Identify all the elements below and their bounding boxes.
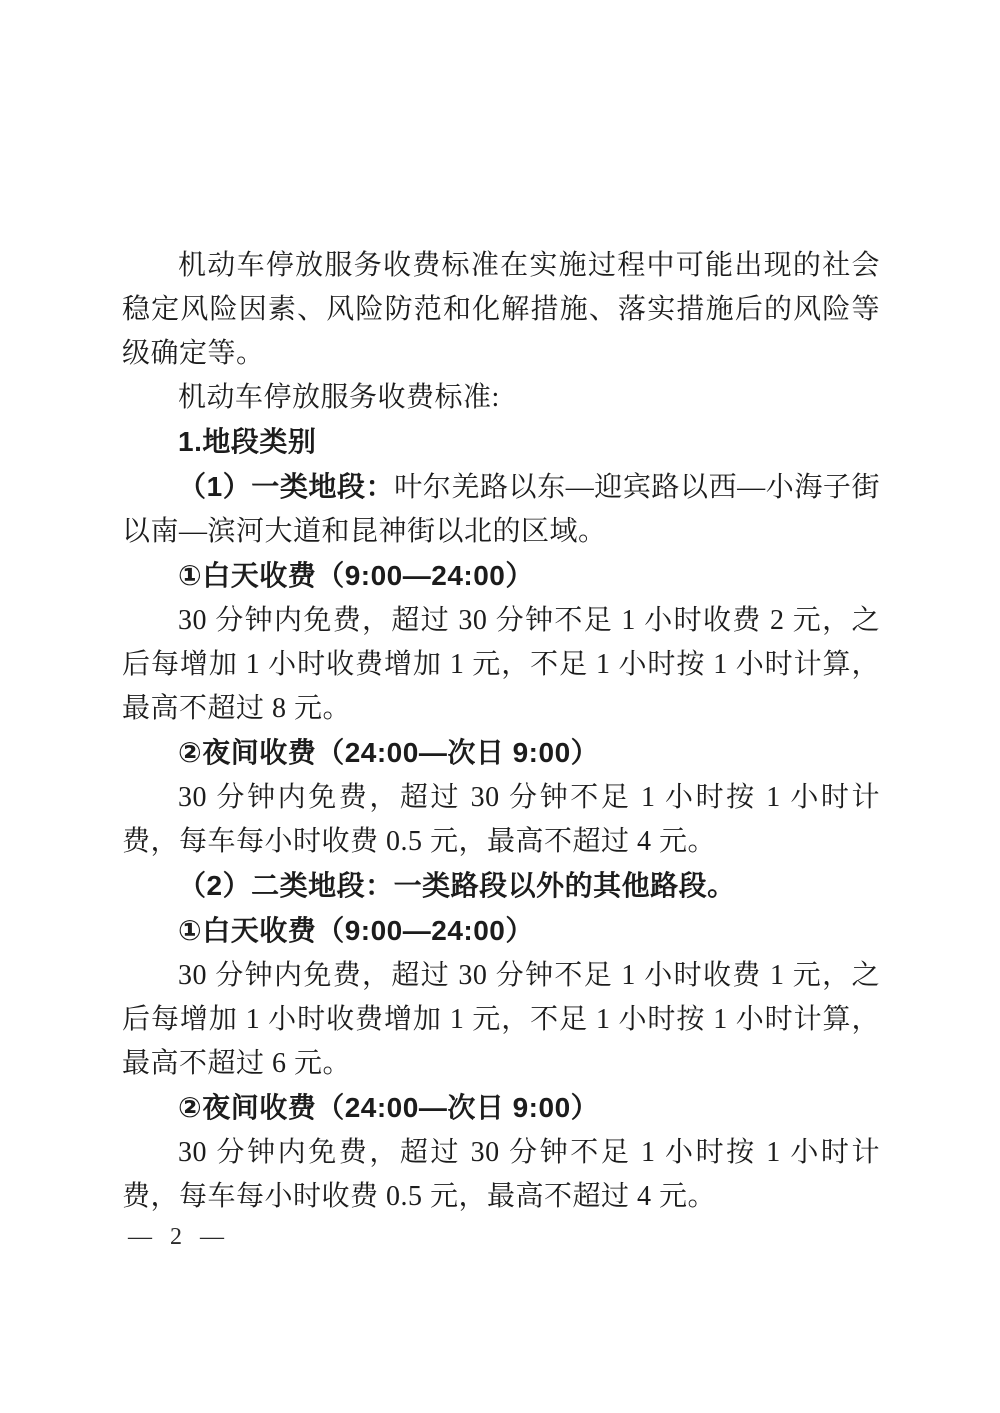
- heading-zone1-daytime: ①白天收费（9:00—24:00）: [122, 554, 880, 599]
- paragraph-zone-2: （2）二类地段：一类路段以外的其他路段。: [122, 864, 880, 909]
- heading-zone2-daytime: ①白天收费（9:00—24:00）: [122, 909, 880, 954]
- paragraph-zone2-daytime-rule: 30 分钟内免费，超过 30 分钟不足 1 小时收费 1 元，之后每增加 1 小…: [122, 954, 880, 1086]
- body-text-segment: 30 分钟内免费，超过 30 分钟不足 1 小时收费 2 元，之后每增加 1 小…: [122, 605, 880, 724]
- bold-text-segment: ①白天收费（9:00—24:00）: [178, 560, 534, 591]
- bold-text-segment: （1）一类地段：: [178, 471, 394, 502]
- body-text-segment: 机动车停放服务收费标准:: [178, 382, 500, 413]
- bold-text-segment: （2）二类地段：一类路段以外的其他路段。: [178, 870, 736, 901]
- body-text-segment: 机动车停放服务收费标准在实施过程中可能出现的社会稳定风险因素、风险防范和化解措施…: [122, 250, 880, 369]
- heading-zone2-night: ②夜间收费（24:00—次日 9:00）: [122, 1086, 880, 1131]
- heading-section-1: 1.地段类别: [122, 420, 880, 465]
- paragraph-intro-risk: 机动车停放服务收费标准在实施过程中可能出现的社会稳定风险因素、风险防范和化解措施…: [122, 244, 880, 376]
- body-text-segment: 30 分钟内免费，超过 30 分钟不足 1 小时按 1 小时计费，每车每小时收费…: [122, 782, 880, 857]
- bold-text-segment: ②夜间收费（24:00—次日 9:00）: [178, 737, 599, 768]
- paragraph-zone1-night-rule: 30 分钟内免费，超过 30 分钟不足 1 小时按 1 小时计费，每车每小时收费…: [122, 776, 880, 864]
- paragraph-zone1-daytime-rule: 30 分钟内免费，超过 30 分钟不足 1 小时收费 2 元，之后每增加 1 小…: [122, 599, 880, 731]
- paragraph-zone-1: （1）一类地段：叶尔羌路以东—迎宾路以西—小海子街以南—滨河大道和昆神街以北的区…: [122, 465, 880, 554]
- page-number: — 2 —: [128, 1224, 230, 1251]
- bold-text-segment: 1.地段类别: [178, 426, 316, 457]
- body-text-segment: 30 分钟内免费，超过 30 分钟不足 1 小时收费 1 元，之后每增加 1 小…: [122, 960, 880, 1079]
- paragraph-zone2-night-rule: 30 分钟内免费，超过 30 分钟不足 1 小时按 1 小时计费，每车每小时收费…: [122, 1131, 880, 1219]
- document-body: 机动车停放服务收费标准在实施过程中可能出现的社会稳定风险因素、风险防范和化解措施…: [122, 244, 880, 1219]
- bold-text-segment: ①白天收费（9:00—24:00）: [178, 915, 534, 946]
- bold-text-segment: ②夜间收费（24:00—次日 9:00）: [178, 1092, 599, 1123]
- body-text-segment: 30 分钟内免费，超过 30 分钟不足 1 小时按 1 小时计费，每车每小时收费…: [122, 1137, 880, 1212]
- paragraph-standard-lead: 机动车停放服务收费标准:: [122, 376, 880, 420]
- document-page: 机动车停放服务收费标准在实施过程中可能出现的社会稳定风险因素、风险防范和化解措施…: [0, 0, 1000, 1413]
- heading-zone1-night: ②夜间收费（24:00—次日 9:00）: [122, 731, 880, 776]
